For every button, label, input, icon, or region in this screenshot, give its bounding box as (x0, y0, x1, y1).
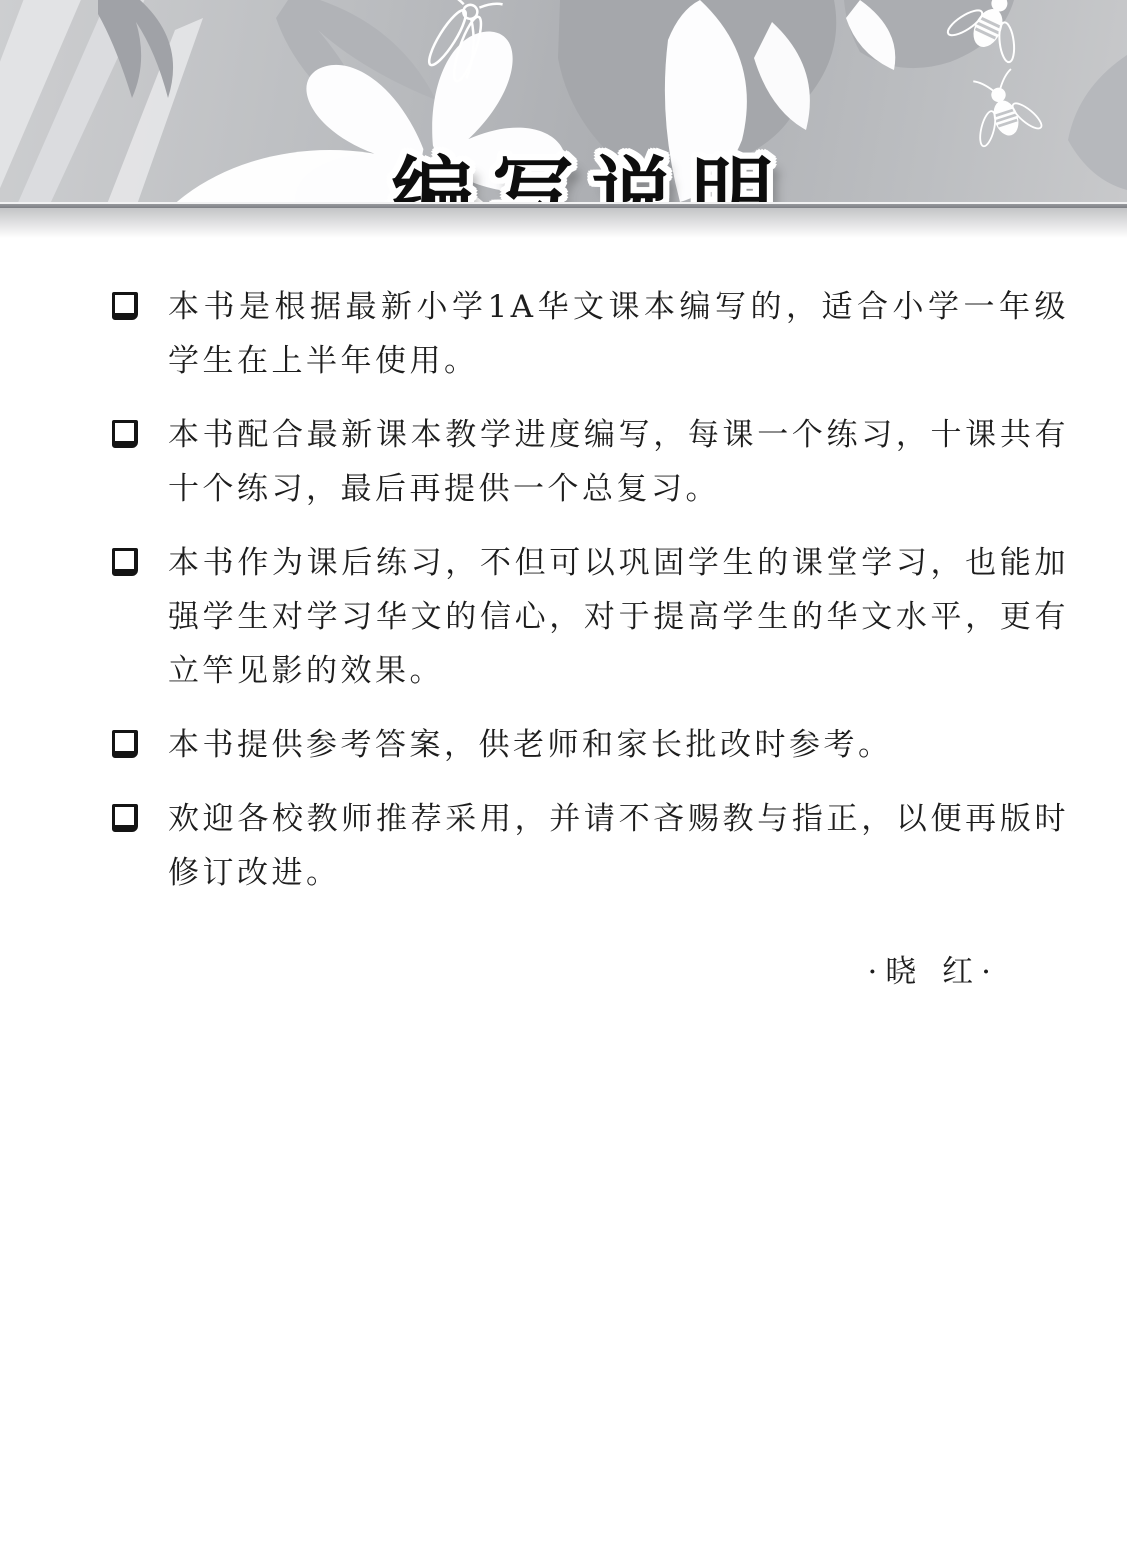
header-fade-strip (0, 208, 1127, 238)
bamboo-stalk-icon (0, 0, 203, 202)
note-text: 本书作为课后练习，不但可以巩固学生的课堂学习，也能加强学生对学习华文的信心，对于… (168, 536, 1069, 698)
note-text: 本书配合最新课本教学进度编写，每课一个练习，十课共有十个练习，最后再提供一个总复… (168, 408, 1069, 516)
scanned-book-page: 编写说明 本书是根据最新小学1A华文课本编写的，适合小学一年级学生在上半年使用。… (0, 0, 1127, 1541)
list-item: 本书是根据最新小学1A华文课本编写的，适合小学一年级学生在上半年使用。 (112, 280, 1069, 388)
notes-list: 本书是根据最新小学1A华文课本编写的，适合小学一年级学生在上半年使用。 本书配合… (0, 238, 1127, 991)
page-title: 编写说明 (392, 130, 792, 202)
list-item: 本书提供参考答案，供老师和家长批改时参考。 (112, 718, 1069, 772)
bee-icon (958, 64, 1047, 151)
note-text: 欢迎各校教师推荐采用，并请不吝赐教与指正，以便再版时修订改进。 (168, 792, 1069, 900)
list-item: 欢迎各校教师推荐采用，并请不吝赐教与指正，以便再版时修订改进。 (112, 792, 1069, 900)
header-banner: 编写说明 (0, 0, 1127, 238)
square-bullet-icon (112, 420, 138, 448)
note-text: 本书提供参考答案，供老师和家长批改时参考。 (168, 718, 1069, 772)
square-bullet-icon (112, 804, 138, 832)
header-gray-band: 编写说明 (0, 0, 1127, 202)
square-bullet-icon (112, 292, 138, 320)
author-signature: ·晓 红· (112, 946, 999, 991)
list-item: 本书作为课后练习，不但可以巩固学生的课堂学习，也能加强学生对学习华文的信心，对于… (112, 536, 1069, 698)
square-bullet-icon (112, 548, 138, 576)
square-bullet-icon (112, 730, 138, 758)
list-item: 本书配合最新课本教学进度编写，每课一个练习，十课共有十个练习，最后再提供一个总复… (112, 408, 1069, 516)
note-text: 本书是根据最新小学1A华文课本编写的，适合小学一年级学生在上半年使用。 (168, 280, 1069, 388)
